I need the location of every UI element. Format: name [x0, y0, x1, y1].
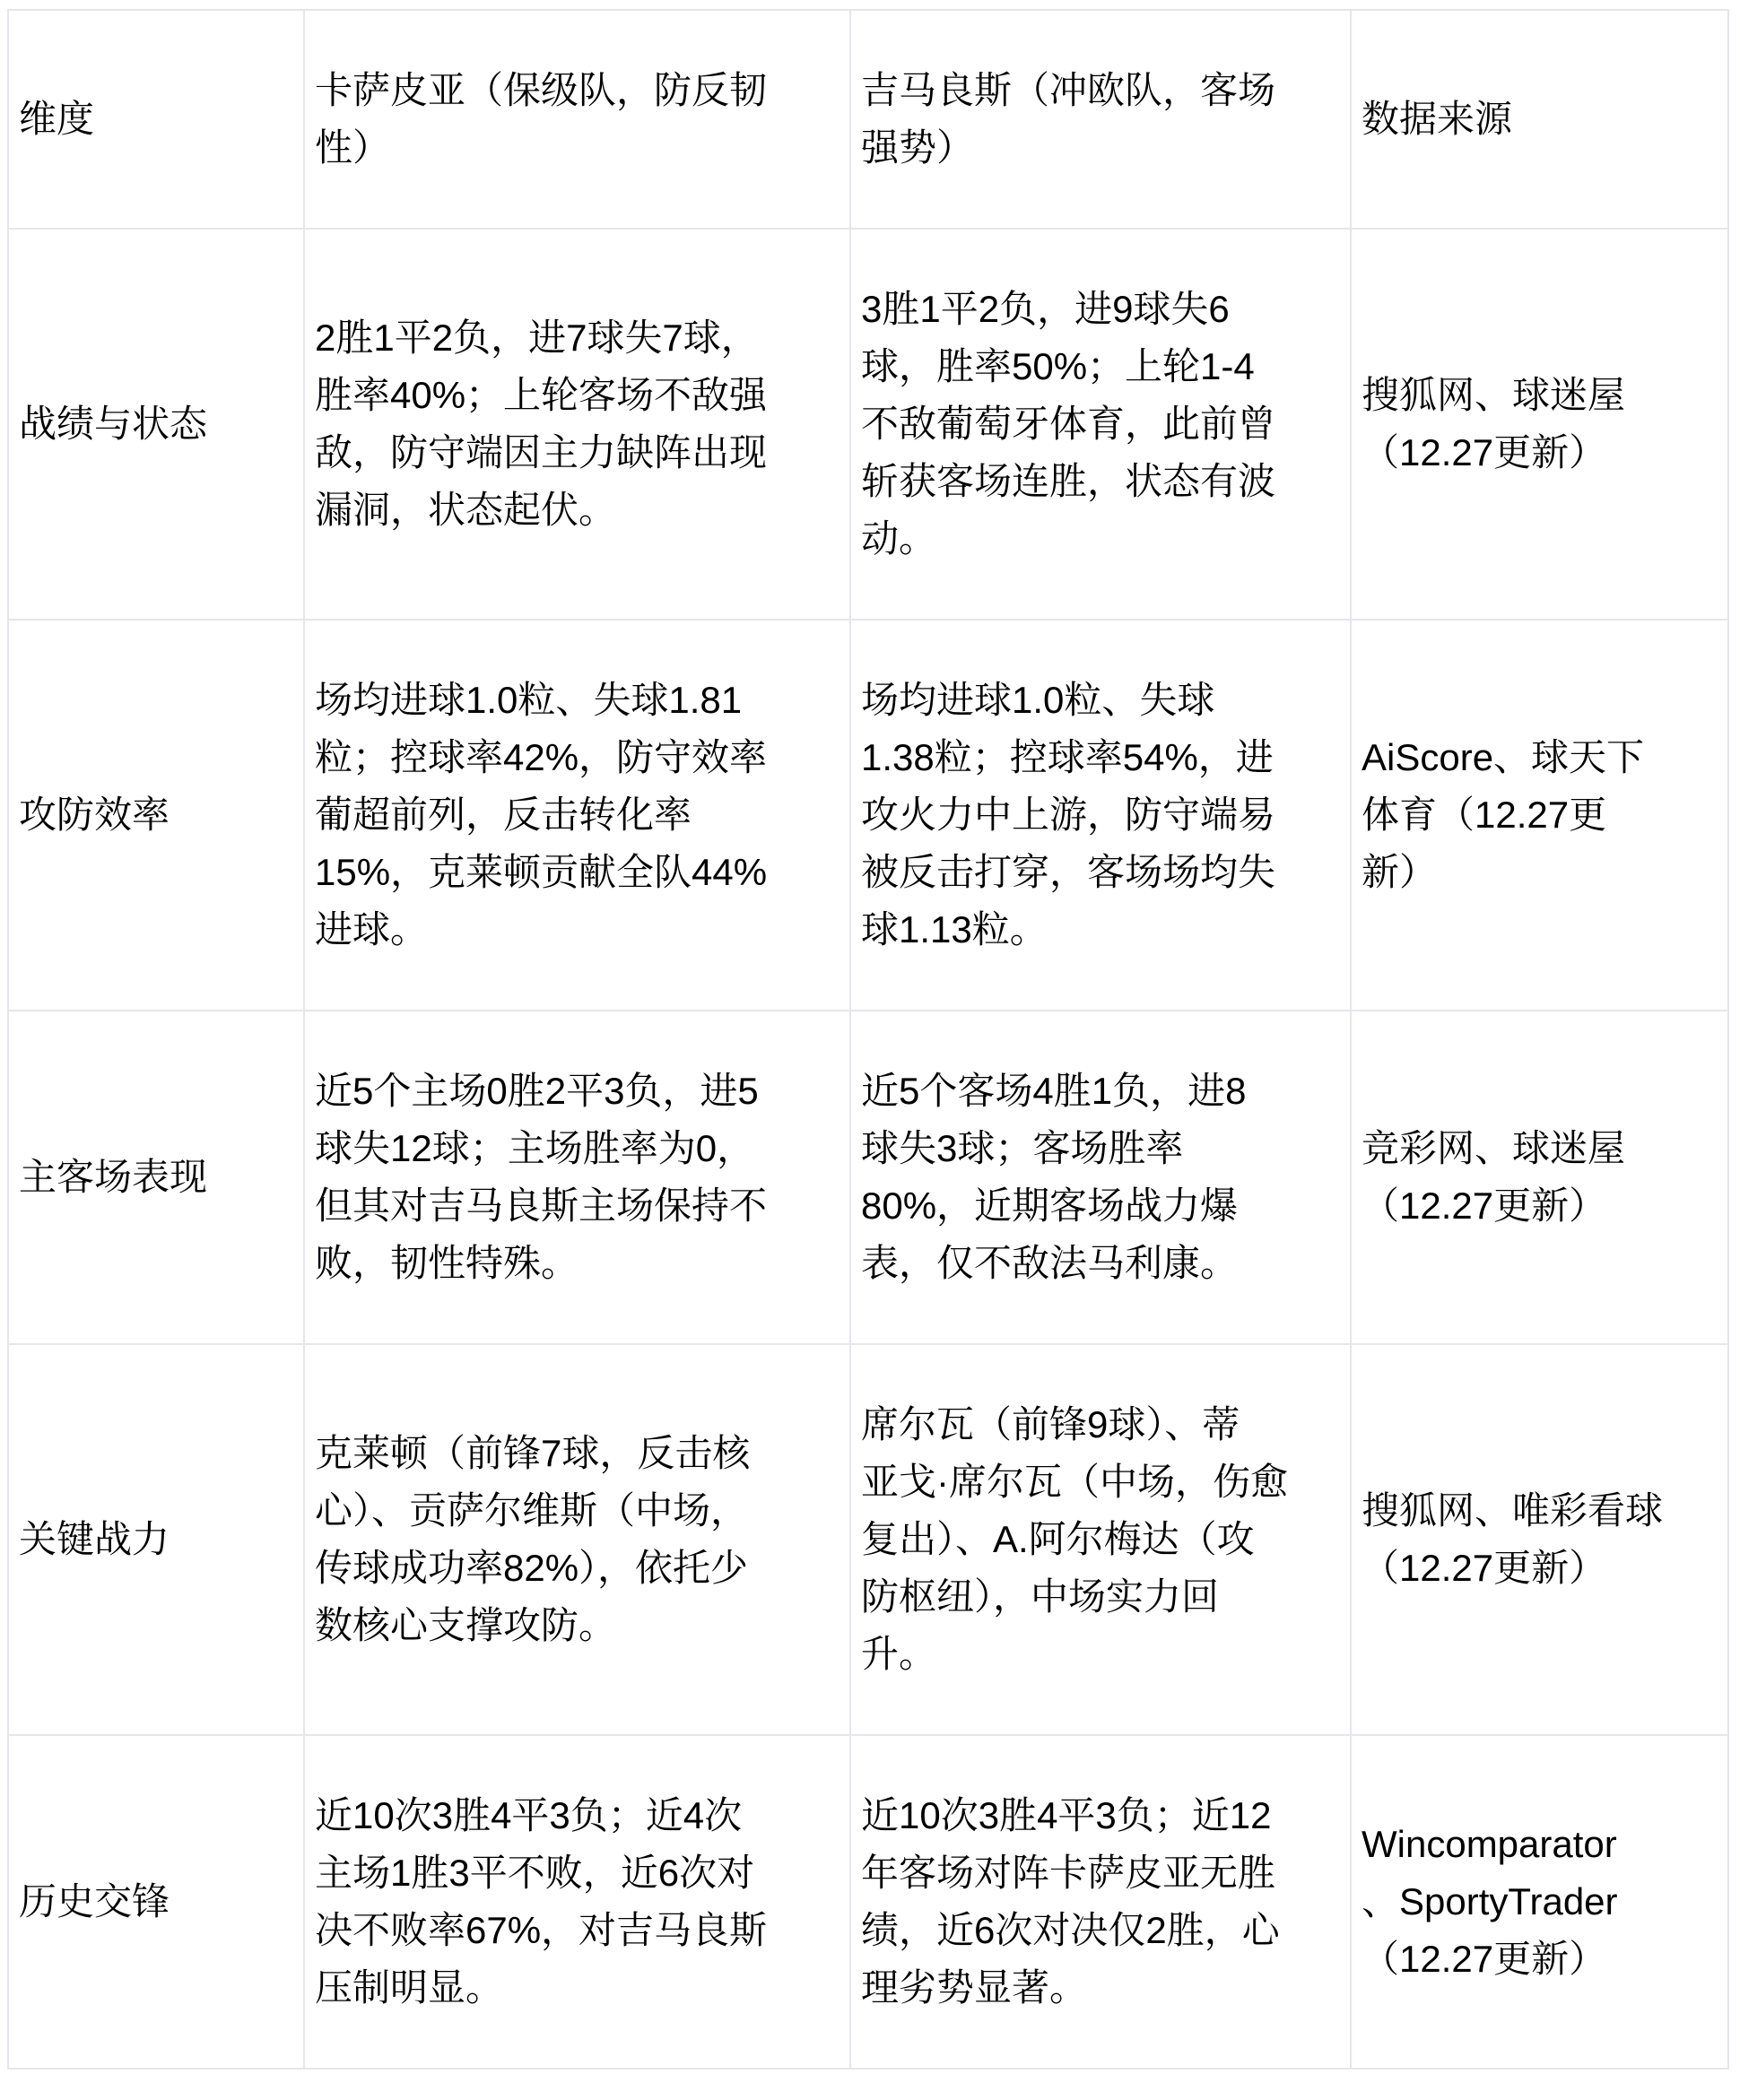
col-header-team-guimaraes: 吉马良斯（冲欧队，客场 强势）: [850, 10, 1351, 229]
table-body: 维度 卡萨皮亚（保级队，防反韧 性） 吉马良斯（冲欧队，客场 强势） 数据来源 …: [8, 10, 1728, 2069]
table-row-key-players: 关键战力 克莱顿（前锋7球，反击核 心）、贡萨尔维斯（中场， 传球成功率82%）…: [8, 1344, 1728, 1735]
team-b-cell: 3胜1平2负，进9球失6 球，胜率50%；上轮1-4 不敌葡萄牙体育，此前曾 斩…: [850, 229, 1351, 620]
page: 维度 卡萨皮亚（保级队，防反韧 性） 吉马良斯（冲欧队，客场 强势） 数据来源 …: [0, 0, 1740, 2078]
source-cell: 竞彩网、球迷屋 （12.27更新）: [1351, 1011, 1728, 1344]
team-a-cell: 2胜1平2负，进7球失7球， 胜率40%；上轮客场不敌强 敌，防守端因主力缺阵出…: [304, 229, 850, 620]
source-cell: AiScore、球天下 体育（12.27更 新）: [1351, 620, 1728, 1011]
source-cell: Wincomparator 、SportyTrader （12.27更新）: [1351, 1735, 1728, 2069]
col-header-data-source: 数据来源: [1351, 10, 1728, 229]
table-row-home-away: 主客场表现 近5个主场0胜2平3负，进5 球失12球；主场胜率为0， 但其对吉马…: [8, 1011, 1728, 1344]
header-row: 维度 卡萨皮亚（保级队，防反韧 性） 吉马良斯（冲欧队，客场 强势） 数据来源: [8, 10, 1728, 229]
team-a-cell: 近10次3胜4平3负；近4次 主场1胜3平不败，近6次对 决不败率67%，对吉马…: [304, 1735, 850, 2069]
team-b-cell: 近10次3胜4平3负；近12 年客场对阵卡萨皮亚无胜 绩，近6次对决仅2胜，心 …: [850, 1735, 1351, 2069]
source-cell: 搜狐网、球迷屋 （12.27更新）: [1351, 229, 1728, 620]
row-label-cell: 历史交锋: [8, 1735, 304, 2069]
col-header-team-casa-pia: 卡萨皮亚（保级队，防反韧 性）: [304, 10, 850, 229]
col-header-dimension: 维度: [8, 10, 304, 229]
table-row-attack-defense: 攻防效率 场均进球1.0粒、失球1.81 粒；控球率42%，防守效率 葡超前列，…: [8, 620, 1728, 1011]
team-b-cell: 近5个客场4胜1负，进8 球失3球；客场胜率 80%，近期客场战力爆 表，仅不敌…: [850, 1011, 1351, 1344]
table-row-head-to-head: 历史交锋 近10次3胜4平3负；近4次 主场1胜3平不败，近6次对 决不败率67…: [8, 1735, 1728, 2069]
table-row-record-form: 战绩与状态 2胜1平2负，进7球失7球， 胜率40%；上轮客场不敌强 敌，防守端…: [8, 229, 1728, 620]
row-label-cell: 战绩与状态: [8, 229, 304, 620]
comparison-table: 维度 卡萨皮亚（保级队，防反韧 性） 吉马良斯（冲欧队，客场 强势） 数据来源 …: [7, 9, 1729, 2070]
team-a-cell: 克莱顿（前锋7球，反击核 心）、贡萨尔维斯（中场， 传球成功率82%），依托少 …: [304, 1344, 850, 1735]
team-b-cell: 场均进球1.0粒、失球 1.38粒；控球率54%，进 攻火力中上游，防守端易 被…: [850, 620, 1351, 1011]
source-cell: 搜狐网、唯彩看球 （12.27更新）: [1351, 1344, 1728, 1735]
team-a-cell: 近5个主场0胜2平3负，进5 球失12球；主场胜率为0， 但其对吉马良斯主场保持…: [304, 1011, 850, 1344]
row-label-cell: 攻防效率: [8, 620, 304, 1011]
team-a-cell: 场均进球1.0粒、失球1.81 粒；控球率42%，防守效率 葡超前列，反击转化率…: [304, 620, 850, 1011]
team-b-cell: 席尔瓦（前锋9球）、蒂 亚戈·席尔瓦（中场，伤愈 复出）、A.阿尔梅达（攻 防枢…: [850, 1344, 1351, 1735]
row-label-cell: 关键战力: [8, 1344, 304, 1735]
row-label-cell: 主客场表现: [8, 1011, 304, 1344]
